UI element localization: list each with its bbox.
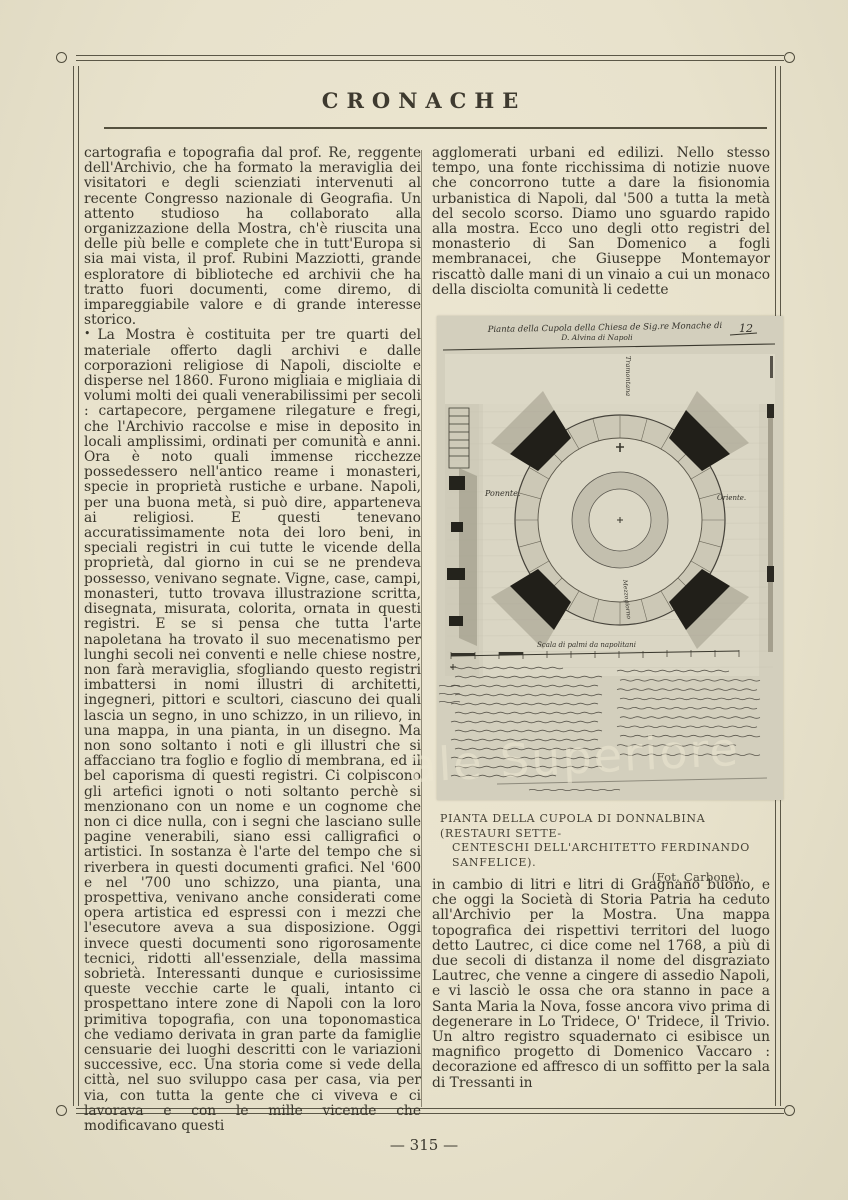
edge-mark <box>770 356 773 378</box>
paragraph: agglomerati urbani ed edilizi. Nello ste… <box>432 146 770 298</box>
scale-segment <box>499 652 523 655</box>
border-top-rule <box>76 55 784 61</box>
paragraph-mark: • <box>84 327 91 340</box>
label-east: Oriente. <box>717 494 746 502</box>
handwritten-title-line2: D. Alvina di Napoli <box>560 333 633 342</box>
scale-label: Scala di palmi da napolitani <box>537 641 636 649</box>
paragraph: in cambio di litri e litri di Gragnano b… <box>432 878 770 1091</box>
figure-photo: Pianta della Cupola della Chiesa de Sig.… <box>437 316 783 800</box>
paragraph-text: La Mostra è costituita per tre quarti de… <box>84 327 421 1134</box>
label-west: Ponente. <box>484 489 520 498</box>
label-north: Tramontana <box>624 356 632 396</box>
caption-line: CENTESCHI DELL'ARCHITETTO FERDINANDO SAN… <box>440 841 774 870</box>
right-wall-block <box>767 566 774 582</box>
figure-caption: PIANTA DELLA CUPOLA DI DONNALBINA (RESTA… <box>440 812 774 885</box>
wall-block <box>449 476 465 490</box>
border-left-rule <box>73 66 79 1106</box>
paragraph: cartografia e topografia dal prof. Re, r… <box>84 146 421 328</box>
wall-block <box>447 568 465 580</box>
right-wall-block <box>767 404 774 418</box>
border-corner-ring <box>56 1105 67 1116</box>
masthead-rule <box>104 127 767 129</box>
border-corner-ring <box>56 52 67 63</box>
upper-wall-band <box>445 354 775 404</box>
scale-segment <box>451 653 475 656</box>
right-column-top: agglomerati urbani ed edilizi. Nello ste… <box>432 146 770 298</box>
left-column: cartografia e topografia dal prof. Re, r… <box>84 146 421 1134</box>
column-divider <box>421 150 422 1107</box>
paragraph: •La Mostra è costituita per tre quarti d… <box>84 328 421 1134</box>
right-column-bottom: in cambio di litri e litri di Gragnano b… <box>432 878 770 1091</box>
border-corner-ring <box>784 1105 795 1116</box>
scanned-page: CRONACHE cartografia e topografia dal pr… <box>0 0 848 1200</box>
page-title: CRONACHE <box>0 88 848 113</box>
border-corner-ring <box>784 52 795 63</box>
wall-block <box>449 616 463 626</box>
wall-block <box>451 522 463 532</box>
cupola-plan-drawing: Pianta della Cupola della Chiesa de Sig.… <box>437 316 783 800</box>
page-number: — 315 — <box>0 1136 848 1154</box>
caption-line: PIANTA DELLA CUPOLA DI DONNALBINA (RESTA… <box>440 812 774 841</box>
right-wall-strip <box>768 404 773 652</box>
